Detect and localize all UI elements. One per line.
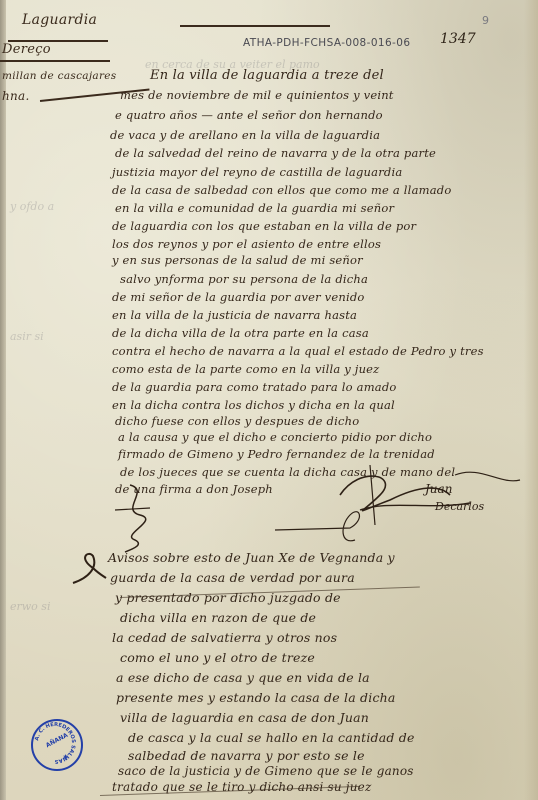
page-right-edge	[524, 0, 538, 800]
text-line: Avisos sobre esto de Juan Xe de Vegnanda…	[108, 550, 395, 565]
svg-text:✱: ✱	[63, 754, 68, 761]
folio-number: 1347	[440, 31, 476, 47]
text-line: dicho fuese con ellos y despues de dicho	[115, 414, 359, 428]
text-line: de mi señor de la guardia por aver venid…	[112, 290, 365, 304]
text-line: guarda de la casa de verdad por aura	[110, 570, 355, 585]
pencil-folio-number: 9	[482, 14, 489, 27]
text-line: En la villa de laguardia a treze del	[150, 68, 384, 83]
text-line: en la dicha contra los dichos y dicha en…	[112, 398, 395, 412]
text-line: los dos reynos y por el asiento de entre…	[112, 237, 381, 251]
page-left-edge	[0, 0, 6, 800]
text-line: la cedad de salvatierra y otros nos	[112, 630, 337, 645]
svg-text:Decarlos: Decarlos	[434, 500, 484, 513]
archive-stamp: A. C. HEREDEROS SALINAS ✱ AÑANA	[31, 719, 83, 771]
text-line: de la salvedad del reino de navarra y de…	[115, 146, 436, 160]
text-line: como el uno y el otro de treze	[120, 650, 315, 665]
text-line: e quatro años — ante el señor don hernan…	[115, 108, 383, 122]
text-line: justizia mayor del reyno de castilla de …	[112, 165, 402, 179]
text-line: de la guardia para como tratado para lo …	[112, 380, 397, 394]
rubric-center	[270, 490, 380, 550]
text-line: de la dicha villa de la otra parte en la…	[112, 326, 369, 340]
bleed-through-text: erwo si	[10, 600, 50, 613]
text-line: como esta de la parte como en la villa y…	[112, 362, 379, 376]
text-line: y en sus personas de la salud de mi seño…	[112, 253, 363, 267]
margin-note-type: Dereço	[2, 42, 51, 57]
text-line: villa de laguardia en casa de don Juan	[120, 710, 369, 725]
text-line: de laguardia con los que estaban en la v…	[112, 219, 416, 233]
text-line: de vaca y de arellano en la villa de lag…	[110, 128, 380, 142]
manuscript-page: en cerca de su a veiter el pamo y ofdo a…	[0, 0, 538, 800]
margin-rule	[0, 60, 110, 62]
text-line: de la casa de salbedad con ellos que com…	[112, 183, 451, 197]
margin-note-place: Laguardia	[22, 12, 97, 28]
section-mark	[68, 548, 108, 588]
margin-note-subject: millan de cascajares	[2, 70, 116, 82]
bleed-through-text: y ofdo a	[10, 200, 54, 213]
bleed-through-text: asir si	[10, 330, 44, 343]
margin-note-abbrev: hna.	[2, 89, 30, 103]
text-line: dicha villa en razon de que de	[120, 610, 316, 625]
text-line: a la causa y que el dicho e concierto pi…	[118, 430, 432, 444]
text-line: salbedad de navarra y por esto se le	[128, 748, 365, 763]
top-rule	[180, 25, 330, 27]
text-line: en la villa e comunidad de la guardia mi…	[115, 201, 394, 215]
text-line: presente mes y estando la casa de la dic…	[116, 690, 396, 705]
text-line: contra el hecho de navarra a la qual el …	[112, 344, 484, 358]
rubric-left	[110, 480, 170, 555]
text-line: de casca y la cual se hallo en la cantid…	[128, 730, 415, 745]
text-line: salvo ynforma por su persona de la dicha	[120, 272, 368, 286]
svg-text:Juan: Juan	[422, 482, 452, 496]
text-line: a ese dicho de casa y que en vida de la	[116, 670, 370, 685]
text-line: saco de la justicia y de Gimeno que se l…	[118, 764, 414, 778]
text-line: mes de noviembre de mil e quinientos y v…	[120, 88, 394, 102]
archive-reference: ATHA-PDH-FCHSA-008-016-06	[243, 37, 410, 49]
text-line: en la villa de la justicia de navarra ha…	[112, 308, 357, 322]
